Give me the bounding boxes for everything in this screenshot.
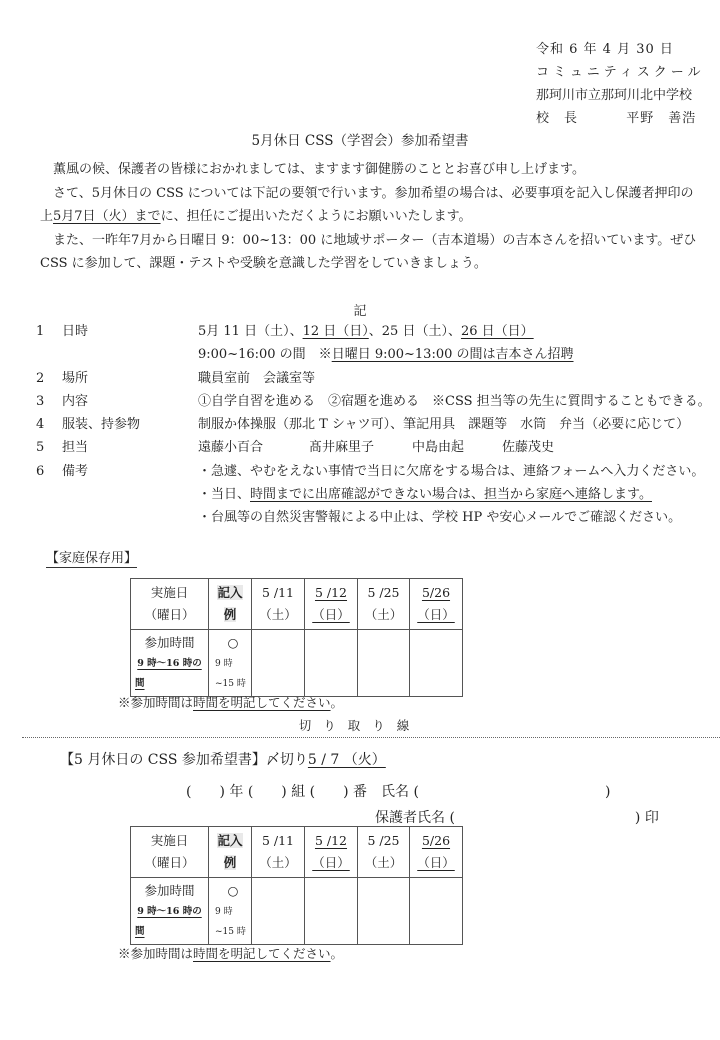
submission-table: 実施日（曜日） 記入例 5 /11（土） 5 /12（日） 5 /25（土） 5… <box>130 826 463 945</box>
cut-line-label: 切り取り線 <box>0 716 720 734</box>
submit-cell-0526[interactable] <box>410 878 463 945</box>
home-copy-table: 実施日（曜日） 記入例 5 /11（土） 5 /12（日） 5 /25（土） 5… <box>130 578 463 697</box>
item-datetime: 1 日時 5月 11 日（土）、12 日（日）、25 日（土）、26 日（日） <box>36 320 711 343</box>
student-info-line[interactable]: ( ) 年 ( ) 組 ( ) 番 氏名 () <box>186 781 610 801</box>
greeting-paragraph: 薫風の候、保護者の皆様におかれましては、ますます御健勝のこととお喜び申し上げます… <box>40 158 700 182</box>
issue-date: 令和 6 年 4 月 30 日 <box>536 38 704 61</box>
deadline-text: 5月7日（火）まで <box>53 209 161 224</box>
home-copy-note: ※参加時間は時間を明記してください。 <box>118 693 343 711</box>
instruction-paragraph: さて、5月休日の CSS については下記の要領で行います。参加希望の場合は、必要… <box>40 182 700 229</box>
letter-header: 令和 6 年 4 月 30 日 コミュニティスクール 那珂川市立那珂川北中学校 … <box>536 38 704 130</box>
item-belongings: 4 服装、持参物 制服か体操服（那北 T シャツ可）、筆記用具 課題等 水筒 弁… <box>36 413 711 436</box>
attendance-cell-0525[interactable] <box>358 630 410 697</box>
document-title: 5月休日 CSS（学習会）参加希望書 <box>0 129 720 149</box>
attendance-cell-0512[interactable] <box>305 630 358 697</box>
form-deadline: 5 / 7 （火） <box>308 752 400 768</box>
cut-line <box>22 737 720 738</box>
organization: コミュニティスクール <box>536 61 704 84</box>
supporter-paragraph: また、一昨年7月から日曜日 9：00~13：00 に地域サポーター（吉本道場）の… <box>40 229 700 276</box>
item-content: 3 内容 ①自学自習を進める ②宿題を進める ※CSS 担当等の先生に質問するこ… <box>36 390 711 413</box>
signer: 校 長 平野 善浩 <box>536 107 704 130</box>
submit-cell-0511[interactable] <box>252 878 305 945</box>
submit-cell-0512[interactable] <box>305 878 358 945</box>
school-name: 那珂川市立那珂川北中学校 <box>536 84 704 107</box>
body-text: 薫風の候、保護者の皆様におかれましては、ますます御健勝のこととお喜び申し上げます… <box>40 158 700 276</box>
submission-note: ※参加時間は時間を明記してください。 <box>118 944 343 962</box>
home-copy-label: 【家庭保存用】 <box>46 547 137 568</box>
ki-heading: 記 <box>0 300 720 319</box>
item-staff: 5 担当 遠藤小百合髙井麻里子中島由起佐藤茂史 <box>36 436 711 459</box>
submit-cell-0525[interactable] <box>358 878 410 945</box>
item-time: 9:00~16:00 の間 ※日曜日 9:00~13:00 の間は吉本さん招聘 <box>36 343 711 366</box>
item-notes: 6 備考 ・急遽、やむをえない事情で当日に欠席をする場合は、連絡フォームへ入力く… <box>36 460 711 483</box>
attendance-cell-0526[interactable] <box>410 630 463 697</box>
details-list: 1 日時 5月 11 日（土）、12 日（日）、25 日（土）、26 日（日） … <box>36 320 711 530</box>
guardian-name-line[interactable]: 保護者氏名 () 印 <box>375 807 659 827</box>
signer-title: 校 長 <box>536 111 578 126</box>
item-place: 2 場所 職員室前 会議室等 <box>36 367 711 390</box>
form-title: 【5 月休日の CSS 参加希望書】〆切り5 / 7 （火） <box>60 749 400 769</box>
signer-name: 平野 善浩 <box>626 111 696 126</box>
attendance-cell-0511[interactable] <box>252 630 305 697</box>
